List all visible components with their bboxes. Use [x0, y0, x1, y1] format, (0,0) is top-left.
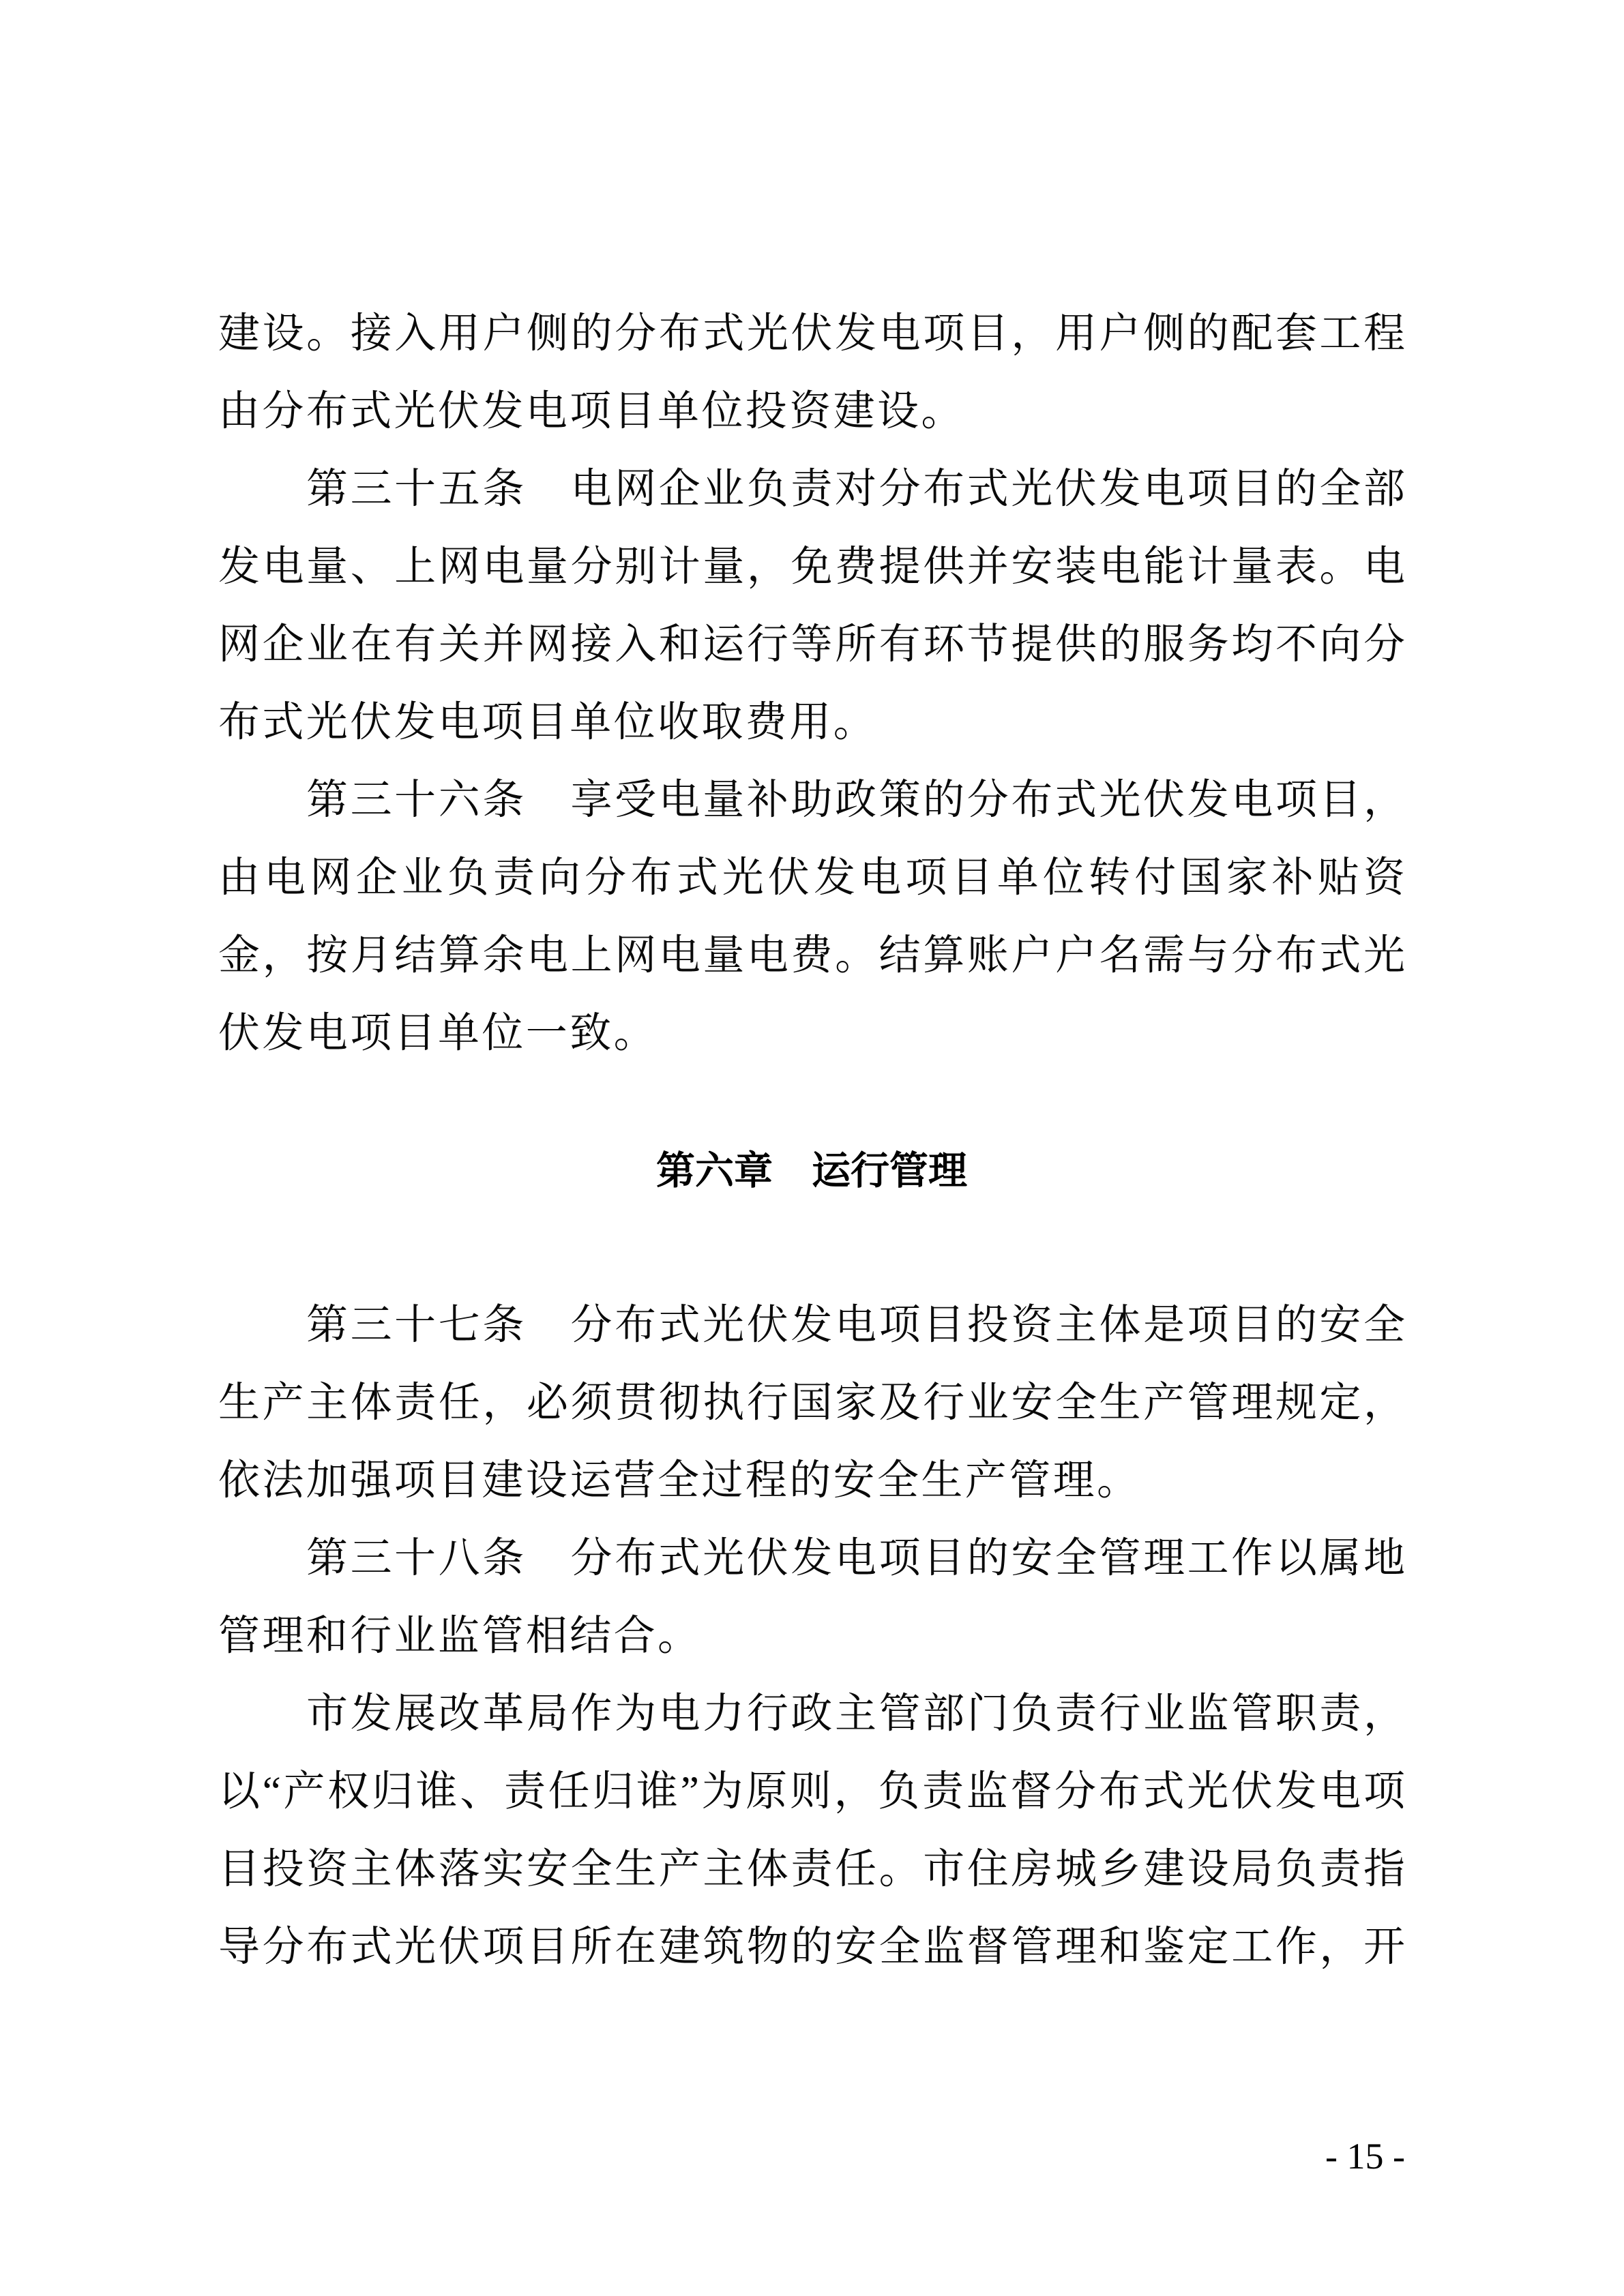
body-line: 由电网企业负责向分布式光伏发电项目单位转付国家补贴资	[218, 839, 1405, 917]
body-line: 生产主体责任，必须贯彻执行国家及行业安全生产管理规定，	[218, 1365, 1405, 1442]
body-line-article-38: 第三十八条 分布式光伏发电项目的安全管理工作以属地	[218, 1520, 1405, 1598]
body-line: 导分布式光伏项目所在建筑物的安全监督管理和鉴定工作，开	[218, 1909, 1405, 1986]
body-line-article-37: 第三十七条 分布式光伏发电项目投资主体是项目的安全	[218, 1287, 1405, 1365]
body-line: 市发展改革局作为电力行政主管部门负责行业监管职责，	[218, 1675, 1405, 1753]
body-line: 目投资主体落实安全生产主体责任。市住房城乡建设局负责指	[218, 1831, 1405, 1909]
body-line: 发电量、上网电量分别计量，免费提供并安装电能计量表。电	[218, 528, 1405, 606]
body-line: 布式光伏发电项目单位收取费用。	[218, 684, 1405, 762]
body-line: 依法加强项目建设运营全过程的安全生产管理。	[218, 1442, 1405, 1520]
body-line-article-35: 第三十五条 电网企业负责对分布式光伏发电项目的全部	[218, 451, 1405, 528]
body-line: 由分布式光伏发电项目单位投资建设。	[218, 373, 1405, 451]
body-line: 伏发电项目单位一致。	[218, 995, 1405, 1073]
body-line: 以“产权归谁、责任归谁”为原则，负责监督分布式光伏发电项	[218, 1753, 1405, 1831]
body-line: 管理和行业监管相结合。	[218, 1598, 1405, 1675]
body-line: 金，按月结算余电上网电量电费。结算账户户名需与分布式光	[218, 917, 1405, 995]
body-line-article-36: 第三十六条 享受电量补助政策的分布式光伏发电项目，	[218, 762, 1405, 839]
page-number: - 15 -	[1325, 2130, 1405, 2182]
body-line: 建设。接入用户侧的分布式光伏发电项目，用户侧的配套工程	[218, 295, 1405, 373]
chapter-heading: 第六章 运行管理	[218, 1132, 1405, 1210]
document-page: 建设。接入用户侧的分布式光伏发电项目，用户侧的配套工程 由分布式光伏发电项目单位…	[0, 0, 1624, 2296]
body-line: 网企业在有关并网接入和运行等所有环节提供的服务均不向分	[218, 606, 1405, 684]
